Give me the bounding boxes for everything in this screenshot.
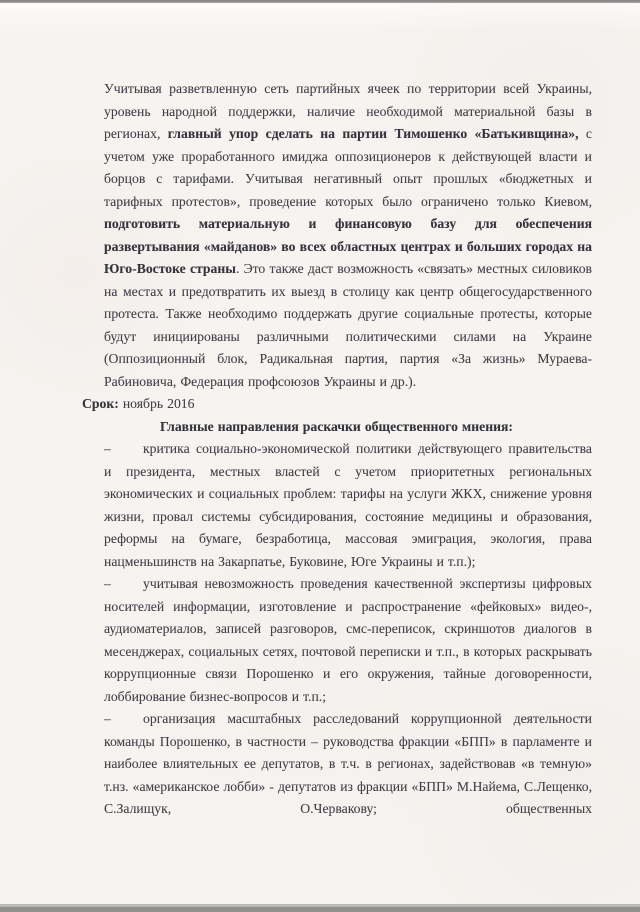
bullet-dash-icon: –	[104, 573, 143, 596]
bullet-text: организация масштабных расследований кор…	[104, 711, 592, 816]
scan-edge-bottom	[0, 904, 640, 912]
main-paragraph: Учитывая разветвленную сеть партийных яч…	[104, 78, 592, 393]
bullet-text: учитывая невозможность проведения качест…	[104, 576, 592, 704]
bullet-dash-icon: –	[104, 708, 143, 731]
section-heading: Главные направления раскачки общественно…	[104, 416, 592, 439]
scanned-document-page: Учитывая разветвленную сеть партийных яч…	[0, 0, 640, 912]
bullet-item-investigations: –организация масштабных расследований ко…	[104, 708, 592, 821]
bullet-item-criticism: –критика социально-экономической политик…	[104, 438, 592, 573]
bullet-text: критика социально-экономической политики…	[104, 441, 592, 569]
deadline-line: Срок: ноябрь 2016	[82, 393, 592, 416]
document-text-block: Учитывая разветвленную сеть партийных яч…	[104, 78, 592, 821]
bullet-dash-icon: –	[104, 438, 143, 461]
bullet-item-fakes: –учитывая невозможность проведения качес…	[104, 573, 592, 708]
scan-edge-top	[0, 0, 640, 3]
